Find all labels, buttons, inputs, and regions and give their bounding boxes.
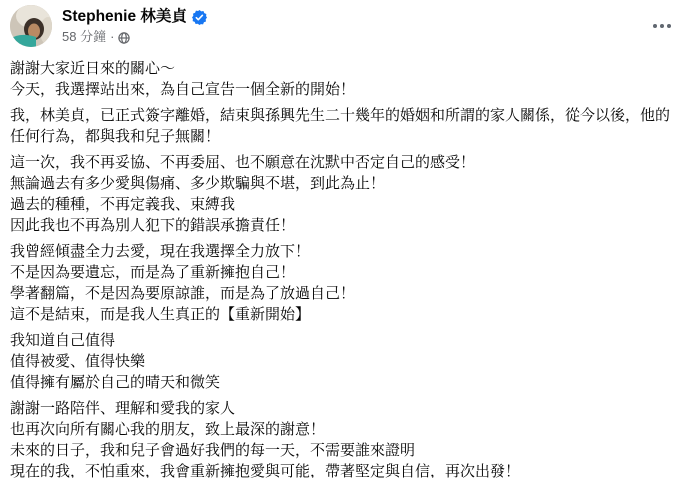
post-paragraph: 謝謝一路陪伴、理解和愛我的家人 也再次向所有關心我的朋友，致上最深的謝意！ 未來… bbox=[10, 398, 681, 478]
timestamp[interactable]: 58 分鐘 bbox=[62, 29, 106, 45]
post-text: 謝謝大家近日來的關心～ 今天，我選擇站出來，為自己宣告一個全新的開始！我，林美貞… bbox=[0, 58, 691, 478]
header-meta: Stephenie 林美貞 58 分鐘 · bbox=[62, 5, 207, 45]
verified-badge-icon bbox=[192, 10, 207, 25]
profile-photo bbox=[10, 5, 52, 47]
more-options-icon bbox=[667, 24, 671, 28]
facebook-post: Stephenie 林美貞 58 分鐘 · bbox=[0, 0, 691, 478]
post-paragraph: 我，林美貞，已正式簽字離婚，結束與孫興先生二十幾年的婚姻和所謂的家人關係，從今以… bbox=[10, 105, 681, 147]
post-paragraph: 我曾經傾盡全力去愛，現在我選擇全力放下！ 不是因為要遺忘，而是為了重新擁抱自己！… bbox=[10, 241, 681, 325]
meta-separator: · bbox=[110, 29, 114, 45]
avatar[interactable] bbox=[10, 5, 52, 47]
author-link[interactable]: Stephenie 林美貞 bbox=[62, 7, 207, 27]
more-options-icon bbox=[660, 24, 664, 28]
post-paragraph: 我知道自己值得 值得被愛、值得快樂 值得擁有屬於自己的晴天和微笑 bbox=[10, 330, 681, 393]
post-meta-row: 58 分鐘 · bbox=[62, 29, 207, 45]
globe-icon bbox=[118, 32, 130, 44]
more-options-button[interactable] bbox=[648, 14, 676, 38]
more-options-icon bbox=[653, 24, 657, 28]
author-name[interactable]: Stephenie 林美貞 bbox=[62, 7, 187, 27]
post-paragraph: 這一次，我不再妥協、不再委屈、也不願意在沈默中否定自己的感受！ 無論過去有多少愛… bbox=[10, 152, 681, 236]
post-paragraph: 謝謝大家近日來的關心～ 今天，我選擇站出來，為自己宣告一個全新的開始！ bbox=[10, 58, 681, 100]
post-header: Stephenie 林美貞 58 分鐘 · bbox=[0, 0, 691, 47]
